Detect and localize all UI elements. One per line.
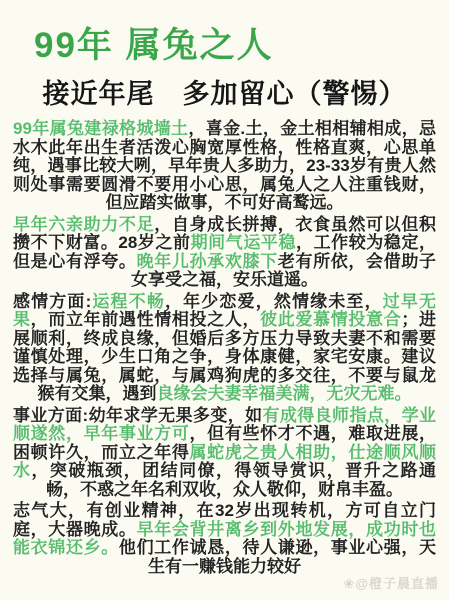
highlighted-text-segment: 良缘会夫妻幸福美满，无灾无难。 [157, 384, 412, 403]
text-segment: ，突破瓶颈，团结同僚，得领导赏识，晋升之路通畅，不惑之年名利双收，众人敬仰，财帛… [31, 461, 436, 499]
body-paragraphs: 99年属兔建禄格城墙土，喜金.土，金土相相辅相成，忌水木此年出生者活泼心胸宽厚性… [13, 120, 436, 576]
paragraph: 事业方面:幼年求学无果多变，如有成得良师指点，学业顺遂然，早年事业方可，但有些怀… [13, 407, 436, 500]
highlighted-text-segment: 期间气运平稳 [191, 233, 296, 252]
highlighted-text-segment: 早年六亲助力不足 [13, 215, 154, 234]
paragraph: 99年属兔建禄格城墙土，喜金.土，金土相相辅相成，忌水木此年出生者活泼心胸宽厚性… [13, 120, 436, 213]
highlighted-text-segment: 99年属兔建禄格城墙土 [13, 119, 188, 138]
text-segment: ，而立年前遇性情相投之人， [31, 310, 260, 329]
paragraph: 志气大，有创业精神，在32岁出现转机，方可自立门庭，大器晚成。早年会背井离乡到外… [13, 502, 436, 576]
text-segment: 事业方面:幼年求学无果多变，如 [13, 406, 263, 425]
page-background: 99年 属兔之人 接近年尾 多加留心（警惕） 99年属兔建禄格城墙土，喜金.土，… [0, 0, 449, 600]
text-segment: 感情方面: [13, 292, 91, 311]
page-subtitle: 接近年尾 多加留心（警惕） [12, 78, 437, 110]
page-title: 99年 属兔之人 [34, 24, 449, 68]
watermark: ❀@橙子晨直播 [343, 573, 439, 592]
text-segment: 他们工作诚恳，待人谦逊，事业心强，天生有一赚钱能力较好 [119, 538, 436, 576]
highlighted-text-segment: 运程不畅 [91, 292, 165, 311]
highlighted-text-segment: 晚年儿孙承欢膝下 [137, 252, 278, 271]
paragraph: 感情方面:运程不畅，年少恋爱，然情缘未至，过早无果，而立年前遇性情相投之人，彼此… [13, 293, 436, 404]
text-segment: ，年少恋爱，然情缘未至， [165, 292, 383, 311]
paragraph: 早年六亲助力不足，自身成长拼搏，衣食虽然可以但积攒不下财富。28岁之前期间气运平… [13, 216, 436, 290]
highlighted-text-segment: 彼此爱慕情投意合 [260, 310, 401, 329]
